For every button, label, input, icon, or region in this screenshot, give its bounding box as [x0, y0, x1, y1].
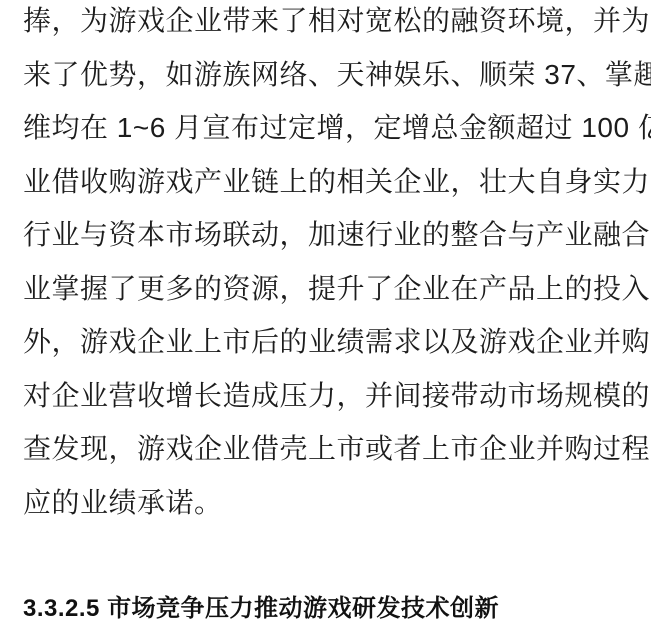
paragraph-line: 对企业营收增长造成压力，并间接带动市场规模的增加。本次调	[23, 369, 621, 423]
paragraph-line: 行业与资本市场联动，加速行业的整合与产业融合，单个游戏企	[23, 208, 621, 262]
paragraph-line: 捧，为游戏企业带来了相对宽松的融资环境，并为他们的扩张带	[23, 0, 621, 48]
body-paragraph: 捧，为游戏企业带来了相对宽松的融资环境，并为他们的扩张带 来了优势，如游族网络、…	[23, 0, 621, 529]
paragraph-line: 来了优势，如游族网络、天神娱乐、顺荣 37、掌趣科技、昆仑万	[23, 48, 621, 102]
paragraph-line: 应的业绩承诺。	[23, 476, 621, 530]
paragraph-line: 维均在 1~6 月宣布过定增，定增总金额超过 100 亿元，这些企	[23, 101, 621, 155]
document-page: 捧，为游戏企业带来了相对宽松的融资环境，并为他们的扩张带 来了优势，如游族网络、…	[0, 0, 651, 622]
paragraph-line: 业掌握了更多的资源，提升了企业在产品上的投入能力。除此之	[23, 262, 621, 316]
paragraph-line: 外，游戏企业上市后的业绩需求以及游戏企业并购时的业绩承诺，	[23, 315, 621, 369]
section-heading: 3.3.2.5 市场竞争压力推动游戏研发技术创新	[23, 596, 621, 622]
paragraph-line: 业借收购游戏产业链上的相关企业，壮大自身实力。同时，游戏	[23, 155, 621, 209]
paragraph-line: 查发现，游戏企业借壳上市或者上市企业并购过程中，均存在相	[23, 422, 621, 476]
